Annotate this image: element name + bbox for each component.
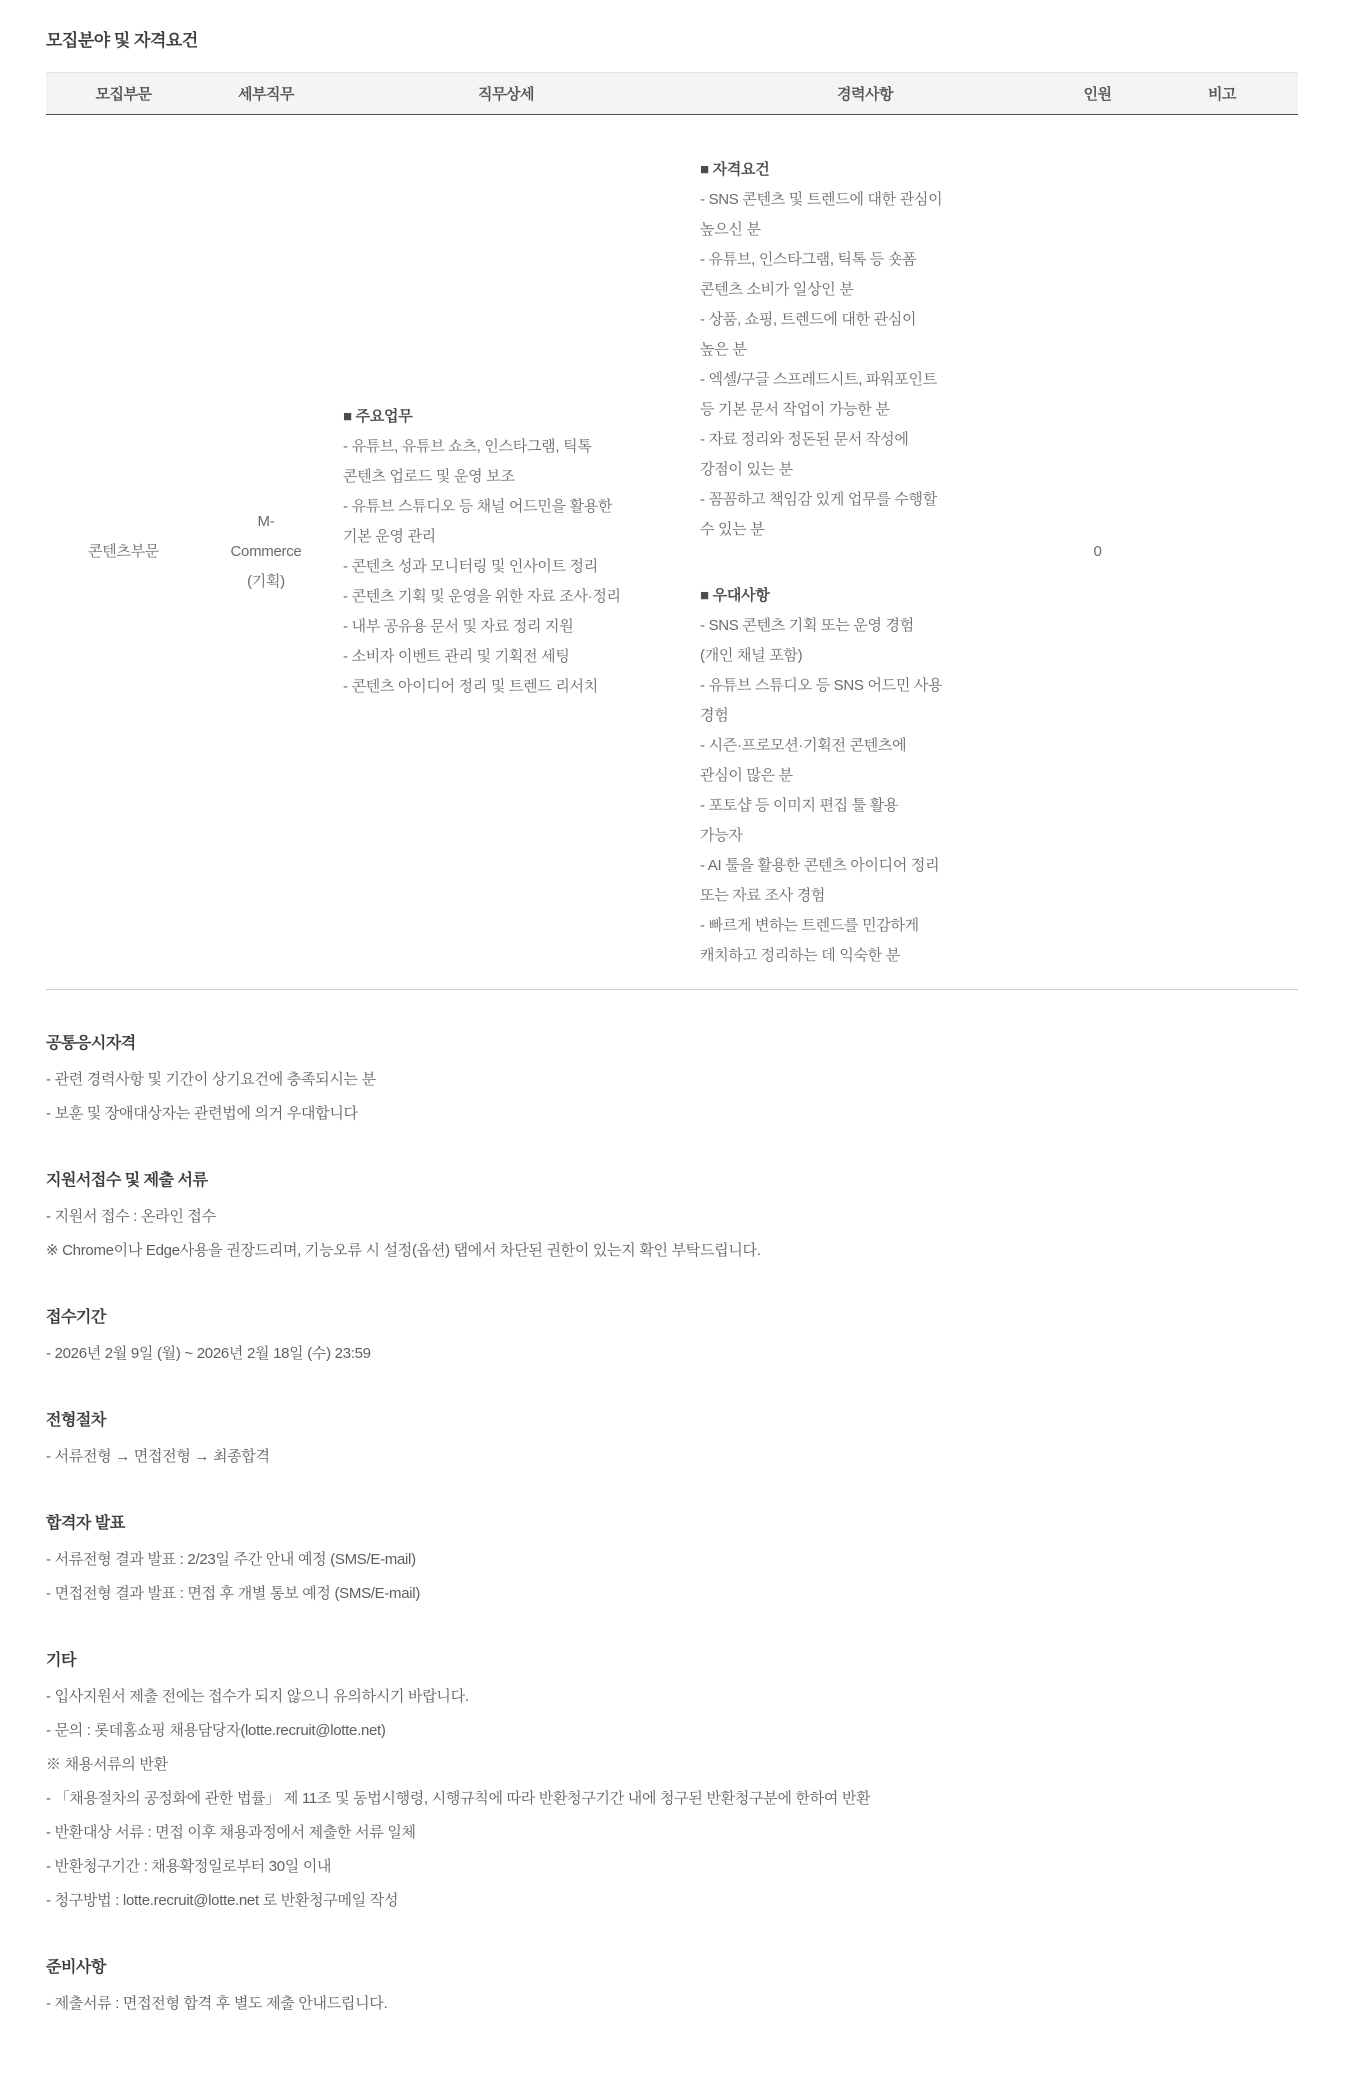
career-line: - 유튜브 스튜디오 등 SNS 어드민 사용	[700, 671, 1041, 701]
job-detail-line: 기본 운영 관리	[343, 522, 673, 552]
detail-job-line: (기획)	[247, 567, 285, 597]
career-line: 가능자	[700, 821, 1041, 851]
section-line: - 서류전형 → 면접전형 → 최종합격	[46, 1445, 1298, 1468]
recruitment-table: 모집부문세부직무직무상세경력사항인원비고 콘텐츠부문 M-Commerce(기획…	[46, 72, 1298, 990]
job-detail-line: 콘텐츠 업로드 및 운영 보조	[343, 462, 673, 492]
career-section: ■ 우대사항 - SNS 콘텐츠 기획 또는 운영 경험(개인 채널 포함)- …	[700, 581, 1041, 971]
career-line: - SNS 콘텐츠 기획 또는 운영 경험	[700, 611, 1041, 641]
section-lines: - 제출서류 : 면접전형 합격 후 별도 제출 안내드립니다.	[46, 1992, 1298, 2015]
info-section: 준비사항 - 제출서류 : 면접전형 합격 후 별도 제출 안내드립니다.	[46, 1954, 1298, 2015]
info-sections: 공통응시자격 - 관련 경력사항 및 기간이 상기요건에 충족되시는 분- 보훈…	[46, 1030, 1298, 2015]
section-line: ※ Chrome이나 Edge사용을 권장드리며, 기능오류 시 설정(옵션) …	[46, 1239, 1298, 1262]
table-header-cell: 경력사항	[681, 73, 1049, 114]
cell-detail-job: M-Commerce(기획)	[201, 115, 331, 989]
section-lines: - 2026년 2월 9일 (월) ~ 2026년 2월 18일 (수) 23:…	[46, 1342, 1298, 1365]
section-line: - 청구방법 : lotte.recruit@lotte.net 로 반환청구메…	[46, 1889, 1298, 1912]
career-line: 관심이 많은 분	[700, 761, 1041, 791]
career-section-lines: - SNS 콘텐츠 및 트렌드에 대한 관심이높으신 분- 유튜브, 인스타그램…	[700, 185, 1041, 545]
career-line: - 빠르게 변하는 트렌드를 민감하게	[700, 911, 1041, 941]
career-section: ■ 자격요건 - SNS 콘텐츠 및 트렌드에 대한 관심이높으신 분- 유튜브…	[700, 155, 1041, 545]
career-section-lines: - SNS 콘텐츠 기획 또는 운영 경험(개인 채널 포함)- 유튜브 스튜디…	[700, 611, 1041, 971]
section-lines: - 지원서 접수 : 온라인 접수※ Chrome이나 Edge사용을 권장드리…	[46, 1205, 1298, 1262]
section-title: 합격자 발표	[46, 1510, 1298, 1533]
recruit-division-label: 콘텐츠부문	[88, 537, 159, 567]
section-lines: - 입사지원서 제출 전에는 접수가 되지 않으니 유의하시기 바랍니다.- 문…	[46, 1685, 1298, 1912]
section-line: - 보훈 및 장애대상자는 관련법에 의거 우대합니다	[46, 1102, 1298, 1125]
cell-headcount: 0	[1049, 115, 1146, 989]
info-section: 기타 - 입사지원서 제출 전에는 접수가 되지 않으니 유의하시기 바랍니다.…	[46, 1647, 1298, 1912]
job-detail-heading: ■ 주요업무	[343, 402, 673, 432]
table-header-cell: 직무상세	[331, 73, 681, 114]
career-line: - SNS 콘텐츠 및 트렌드에 대한 관심이	[700, 185, 1041, 215]
career-line: 등 기본 문서 작업이 가능한 분	[700, 395, 1041, 425]
headcount-value: 0	[1093, 537, 1101, 567]
cell-note	[1146, 115, 1298, 989]
section-line: - 문의 : 롯데홈쇼핑 채용담당자(lotte.recruit@lotte.n…	[46, 1719, 1298, 1742]
section-line: - 2026년 2월 9일 (월) ~ 2026년 2월 18일 (수) 23:…	[46, 1342, 1298, 1365]
career-line: 캐치하고 정리하는 데 익숙한 분	[700, 941, 1041, 971]
section-title: 공통응시자격	[46, 1030, 1298, 1053]
career-line: 또는 자료 조사 경험	[700, 881, 1041, 911]
section-line: - 관련 경력사항 및 기간이 상기요건에 충족되시는 분	[46, 1068, 1298, 1091]
career-line: - AI 툴을 활용한 콘텐츠 아이디어 정리	[700, 851, 1041, 881]
table-header-cell: 세부직무	[201, 73, 331, 114]
career-line: 수 있는 분	[700, 515, 1041, 545]
cell-recruit-division: 콘텐츠부문	[46, 115, 201, 989]
info-section: 지원서접수 및 제출 서류 - 지원서 접수 : 온라인 접수※ Chrome이…	[46, 1167, 1298, 1262]
table-header-cell: 비고	[1146, 73, 1298, 114]
info-section: 전형절차 - 서류전형 → 면접전형 → 최종합격	[46, 1407, 1298, 1468]
detail-job-line: M-	[258, 507, 275, 537]
section-title: 전형절차	[46, 1407, 1298, 1430]
career-line: 콘텐츠 소비가 일상인 분	[700, 275, 1041, 305]
career-line: - 자료 정리와 정돈된 문서 작성에	[700, 425, 1041, 455]
info-section: 합격자 발표 - 서류전형 결과 발표 : 2/23일 주간 안내 예정 (SM…	[46, 1510, 1298, 1605]
table-header-cell: 모집부문	[46, 73, 201, 114]
section-line: - 입사지원서 제출 전에는 접수가 되지 않으니 유의하시기 바랍니다.	[46, 1685, 1298, 1708]
section-title: 접수기간	[46, 1304, 1298, 1327]
career-line: - 꼼꼼하고 책임감 있게 업무를 수행할	[700, 485, 1041, 515]
section-line: - 지원서 접수 : 온라인 접수	[46, 1205, 1298, 1228]
career-line: - 상품, 쇼핑, 트렌드에 대한 관심이	[700, 305, 1041, 335]
job-detail-line: - 콘텐츠 성과 모니터링 및 인사이트 정리	[343, 552, 673, 582]
section-title: 기타	[46, 1647, 1298, 1670]
section-lines: - 서류전형 → 면접전형 → 최종합격	[46, 1445, 1298, 1468]
career-line: 강점이 있는 분	[700, 455, 1041, 485]
section-lines: - 서류전형 결과 발표 : 2/23일 주간 안내 예정 (SMS/E-mai…	[46, 1548, 1298, 1605]
career-line: - 포토샵 등 이미지 편집 툴 활용	[700, 791, 1041, 821]
section-line: - 서류전형 결과 발표 : 2/23일 주간 안내 예정 (SMS/E-mai…	[46, 1548, 1298, 1571]
career-line: 높은 분	[700, 335, 1041, 365]
section-lines: - 관련 경력사항 및 기간이 상기요건에 충족되시는 분- 보훈 및 장애대상…	[46, 1068, 1298, 1125]
page-title: 모집분야 및 자격요건	[46, 26, 1298, 51]
job-detail-lines: - 유튜브, 유튜브 쇼츠, 인스타그램, 틱톡콘텐츠 업로드 및 운영 보조-…	[343, 432, 673, 702]
section-title: 준비사항	[46, 1954, 1298, 1977]
career-section-heading: ■ 우대사항	[700, 581, 1041, 611]
section-title: 지원서접수 및 제출 서류	[46, 1167, 1298, 1190]
career-line: - 시즌·프로모션·기획전 콘텐츠에	[700, 731, 1041, 761]
section-line: - 제출서류 : 면접전형 합격 후 별도 제출 안내드립니다.	[46, 1992, 1298, 2015]
job-detail-line: - 유튜브 스튜디오 등 채널 어드민을 활용한	[343, 492, 673, 522]
job-posting-page: 모집분야 및 자격요건 모집부문세부직무직무상세경력사항인원비고 콘텐츠부문 M…	[0, 0, 1362, 2096]
detail-job-line: Commerce	[231, 537, 302, 567]
job-detail-line: - 유튜브, 유튜브 쇼츠, 인스타그램, 틱톡	[343, 432, 673, 462]
section-line: ※ 채용서류의 반환	[46, 1753, 1298, 1776]
cell-career-requirements: ■ 자격요건 - SNS 콘텐츠 및 트렌드에 대한 관심이높으신 분- 유튜브…	[681, 115, 1049, 989]
career-line: - 엑셀/구글 스프레드시트, 파워포인트	[700, 365, 1041, 395]
job-detail-line: - 소비자 이벤트 관리 및 기획전 세팅	[343, 642, 673, 672]
info-section: 공통응시자격 - 관련 경력사항 및 기간이 상기요건에 충족되시는 분- 보훈…	[46, 1030, 1298, 1125]
job-detail-line: - 콘텐츠 아이디어 정리 및 트렌드 리서치	[343, 672, 673, 702]
table-header-cell: 인원	[1049, 73, 1146, 114]
table-header-row: 모집부문세부직무직무상세경력사항인원비고	[46, 73, 1298, 115]
section-line: - 반환대상 서류 : 면접 이후 채용과정에서 제출한 서류 일체	[46, 1821, 1298, 1844]
section-line: - 반환청구기간 : 채용확정일로부터 30일 이내	[46, 1855, 1298, 1878]
section-line: - 「채용절차의 공정화에 관한 법률」 제 11조 및 동법시행령, 시행규칙…	[46, 1787, 1298, 1810]
info-section: 접수기간 - 2026년 2월 9일 (월) ~ 2026년 2월 18일 (수…	[46, 1304, 1298, 1365]
job-detail-line: - 내부 공유용 문서 및 자료 정리 지원	[343, 612, 673, 642]
career-section-heading: ■ 자격요건	[700, 155, 1041, 185]
table-row: 콘텐츠부문 M-Commerce(기획) ■ 주요업무 - 유튜브, 유튜브 쇼…	[46, 115, 1298, 989]
career-line: 경험	[700, 701, 1041, 731]
career-line: (개인 채널 포함)	[700, 641, 1041, 671]
section-line: - 면접전형 결과 발표 : 면접 후 개별 통보 예정 (SMS/E-mail…	[46, 1582, 1298, 1605]
job-detail-line: - 콘텐츠 기획 및 운영을 위한 자료 조사·정리	[343, 582, 673, 612]
career-line: 높으신 분	[700, 215, 1041, 245]
career-line: - 유튜브, 인스타그램, 틱톡 등 숏폼	[700, 245, 1041, 275]
cell-job-detail: ■ 주요업무 - 유튜브, 유튜브 쇼츠, 인스타그램, 틱톡콘텐츠 업로드 및…	[331, 115, 681, 989]
